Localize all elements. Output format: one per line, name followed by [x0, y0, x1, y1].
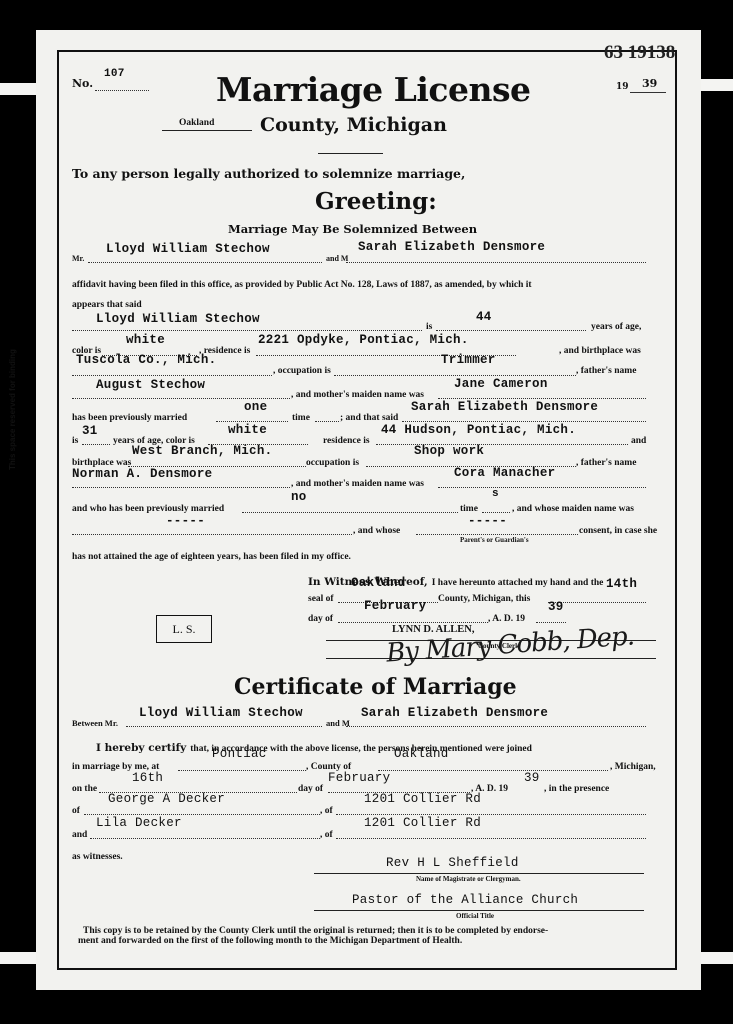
bride-maiden-line — [72, 534, 352, 535]
cert-place: Pontiac — [212, 747, 267, 761]
groom-birthplace: Tuscola Co., Mich. — [76, 353, 216, 367]
cert-and-label: and — [72, 830, 87, 840]
year: 39 — [642, 77, 657, 90]
clerk-month: February — [364, 599, 426, 613]
bride-age: 31 — [82, 424, 98, 438]
and-that-said-label: ; and that said — [340, 413, 398, 423]
bride-time-label: time — [460, 504, 478, 514]
groom-father-label: , father's name — [576, 366, 636, 376]
bride-father: Norman A. Densmore — [72, 467, 212, 481]
witness2-of-label: , of — [320, 830, 333, 840]
affidavit-line1: affidavit having been filed in this offi… — [72, 280, 532, 290]
bride-mother: Cora Manacher — [454, 466, 555, 480]
cert-county: Oakland — [394, 747, 449, 761]
groom-mother-line — [438, 398, 646, 399]
clerk-day: 14th — [606, 577, 637, 591]
bride-color: white — [228, 423, 267, 437]
bride-residence-label: residence is — [323, 436, 370, 446]
bride-guardian-value: ----- — [468, 514, 507, 528]
header-divider — [318, 153, 383, 154]
groom-detail-name: Lloyd William Stechow — [96, 312, 260, 326]
bride-maiden-label: , and whose maiden name was — [512, 504, 634, 514]
groom-name: Lloyd William Stechow — [106, 242, 270, 256]
bride-maiden-name: ----- — [166, 514, 205, 528]
license-no: 107 — [104, 68, 125, 80]
groom-occupation: Trimmer — [441, 353, 496, 367]
bride-prev-married-label: and who has been previously married — [72, 504, 224, 514]
bride-whose-label: , and whose — [353, 526, 400, 536]
witness2-address: 1201 Collier Rd — [364, 816, 481, 830]
bride-occupation-label: occupation is — [306, 458, 359, 468]
bride-and-label: and — [631, 436, 646, 446]
year-prefix: 19 — [616, 82, 629, 92]
bride-name: Sarah Elizabeth Densmore — [358, 240, 545, 254]
county: Oakland — [179, 118, 214, 128]
footer-note-line2: ment and forwarded on the first of the f… — [78, 936, 462, 946]
marriage-license-document: 63 19138 No. 107 Marriage License 19 39 … — [36, 30, 701, 990]
witness2-name-line — [90, 838, 320, 839]
year-line — [630, 92, 666, 93]
greeting-address: To any person legally authorized to sole… — [72, 166, 465, 181]
bride-closing: has not attained the age of eighteen yea… — [72, 552, 351, 562]
official-title-caption: Official Title — [456, 912, 494, 920]
bride-detail-name-line — [402, 421, 646, 422]
michigan-label: , Michigan, — [610, 762, 656, 772]
county-line — [162, 130, 252, 131]
greeting-title: Greeting: — [315, 188, 437, 215]
groom-mother-label: , and mother's maiden name was — [291, 390, 424, 400]
groom-birthplace-label: , and birthplace was — [559, 346, 641, 356]
document-title: Marriage License — [216, 70, 531, 109]
bride-occupation: Shop work — [414, 444, 484, 458]
groom-occupation-label: , occupation is — [273, 366, 331, 376]
cert-groom: Lloyd William Stechow — [139, 706, 303, 720]
cert-of-label: of — [72, 806, 80, 816]
cert-between-label: Between Mr. — [72, 718, 118, 728]
certificate-title: Certificate of Marriage — [234, 674, 517, 700]
bride-prev-married: no — [291, 490, 307, 504]
official-title: Pastor of the Alliance Church — [352, 893, 578, 907]
bride-father-line — [72, 487, 290, 488]
witness1-address-line — [336, 814, 646, 815]
officiant-caption: Name of Magistrate or Clergyman. — [416, 875, 521, 883]
groom-father-line — [72, 398, 290, 399]
bride-is-label: is — [72, 436, 78, 446]
greeting-subtitle: Marriage May Be Solemnized Between — [228, 222, 477, 236]
groom-birthplace-line — [72, 375, 272, 376]
stamp-number: 63 19138 — [604, 42, 675, 64]
certify-statement: I hereby certify that, in accordance wit… — [96, 738, 532, 756]
witness1-address: 1201 Collier Rd — [364, 792, 481, 806]
seal-of-label: seal of — [308, 594, 334, 604]
right-tab-top — [698, 79, 733, 91]
day-of-label: day of — [308, 614, 333, 624]
witness1-of-label: , of — [320, 806, 333, 816]
bride-consent-label: consent, in case she — [579, 526, 657, 536]
left-tab-top — [0, 83, 40, 95]
witness-intro-rest: I have hereunto attached my hand and the — [432, 578, 604, 588]
bride-guardian-line — [416, 534, 578, 535]
cert-groom-line — [126, 726, 322, 727]
guardian-caption: Parent's or Guardian's — [460, 536, 529, 544]
cert-day: 16th — [132, 771, 163, 785]
witness2-address-line — [336, 838, 646, 839]
cert-day-of-label: day of — [298, 784, 323, 794]
left-tab-bottom — [0, 952, 40, 964]
groom-father: August Stechow — [96, 378, 205, 392]
clerk-county-label: County, Michigan, this — [438, 594, 530, 604]
bride-residence: 44 Hudson, Pontiac, Mich. — [381, 423, 576, 437]
bride-birthplace: West Branch, Mich. — [132, 444, 272, 458]
cert-year: 39 — [524, 771, 540, 785]
license-no-line — [95, 90, 149, 91]
cert-month: February — [328, 771, 390, 785]
clerk-month-line — [338, 622, 488, 623]
groom-prev-married-line — [216, 421, 288, 422]
officiant-name: Rev H L Sheffield — [386, 856, 519, 870]
groom-time-label: time — [292, 413, 310, 423]
officiant-line — [314, 873, 644, 874]
clerk-ad-label: , A. D. 19 — [488, 614, 525, 624]
clerk-year: 39 — [548, 600, 564, 614]
affidavit-line2: appears that said — [72, 300, 142, 310]
witness1-name-line — [84, 814, 320, 815]
witness1-name: George A Decker — [108, 792, 225, 806]
footer-note-line1: This copy is to be retained by the Count… — [83, 926, 548, 936]
license-no-label: No. — [72, 77, 93, 90]
bride-prev-married-line — [242, 512, 458, 513]
bride-age-line — [82, 444, 110, 445]
groom-time-line — [315, 421, 339, 422]
as-witnesses: as witnesses. — [72, 852, 123, 862]
groom-age-line — [436, 330, 586, 331]
certify-bold: I hereby certify — [96, 742, 186, 754]
bride-line — [346, 262, 646, 263]
binding-margin-note: This space reserved for binding — [8, 349, 17, 470]
groom-is-label: is — [426, 322, 432, 332]
bride-time-line — [482, 512, 510, 513]
bride-mother-line — [438, 487, 646, 488]
presence-label: , in the presence — [544, 784, 609, 794]
groom-detail-name-line — [72, 330, 422, 331]
official-title-line — [314, 910, 644, 911]
seal-box: L. S. — [156, 615, 212, 643]
groom-prev-married: one — [244, 400, 267, 414]
clerk-year-line — [536, 622, 566, 623]
groom-line — [88, 262, 322, 263]
clerk-county: Oakland — [351, 576, 406, 590]
groom-mother: Jane Cameron — [454, 377, 548, 391]
cert-county-line — [378, 770, 608, 771]
groom-color: white — [126, 333, 165, 347]
groom-prev-married-label: has been previously married — [72, 413, 187, 423]
groom-residence: 2221 Opdyke, Pontiac, Mich. — [258, 333, 469, 347]
right-tab-bottom — [698, 952, 733, 964]
mr-label: Mr. — [72, 254, 84, 263]
groom-occupation-line — [334, 375, 576, 376]
witness2-name: Lila Decker — [96, 816, 182, 830]
bride-detail-name: Sarah Elizabeth Densmore — [411, 400, 598, 414]
bride-father-label: , father's name — [576, 458, 636, 468]
cert-bride: Sarah Elizabeth Densmore — [361, 706, 548, 720]
groom-age-suffix: years of age, — [591, 322, 641, 332]
bride-mother-label: , and mother's maiden name was — [291, 479, 424, 489]
on-the-label: on the — [72, 784, 97, 794]
bride-time-value: s — [492, 488, 499, 500]
cert-bride-line — [346, 726, 646, 727]
county-suffix: County, Michigan — [260, 114, 447, 136]
cert-place-line — [178, 770, 306, 771]
groom-age: 44 — [476, 310, 492, 324]
